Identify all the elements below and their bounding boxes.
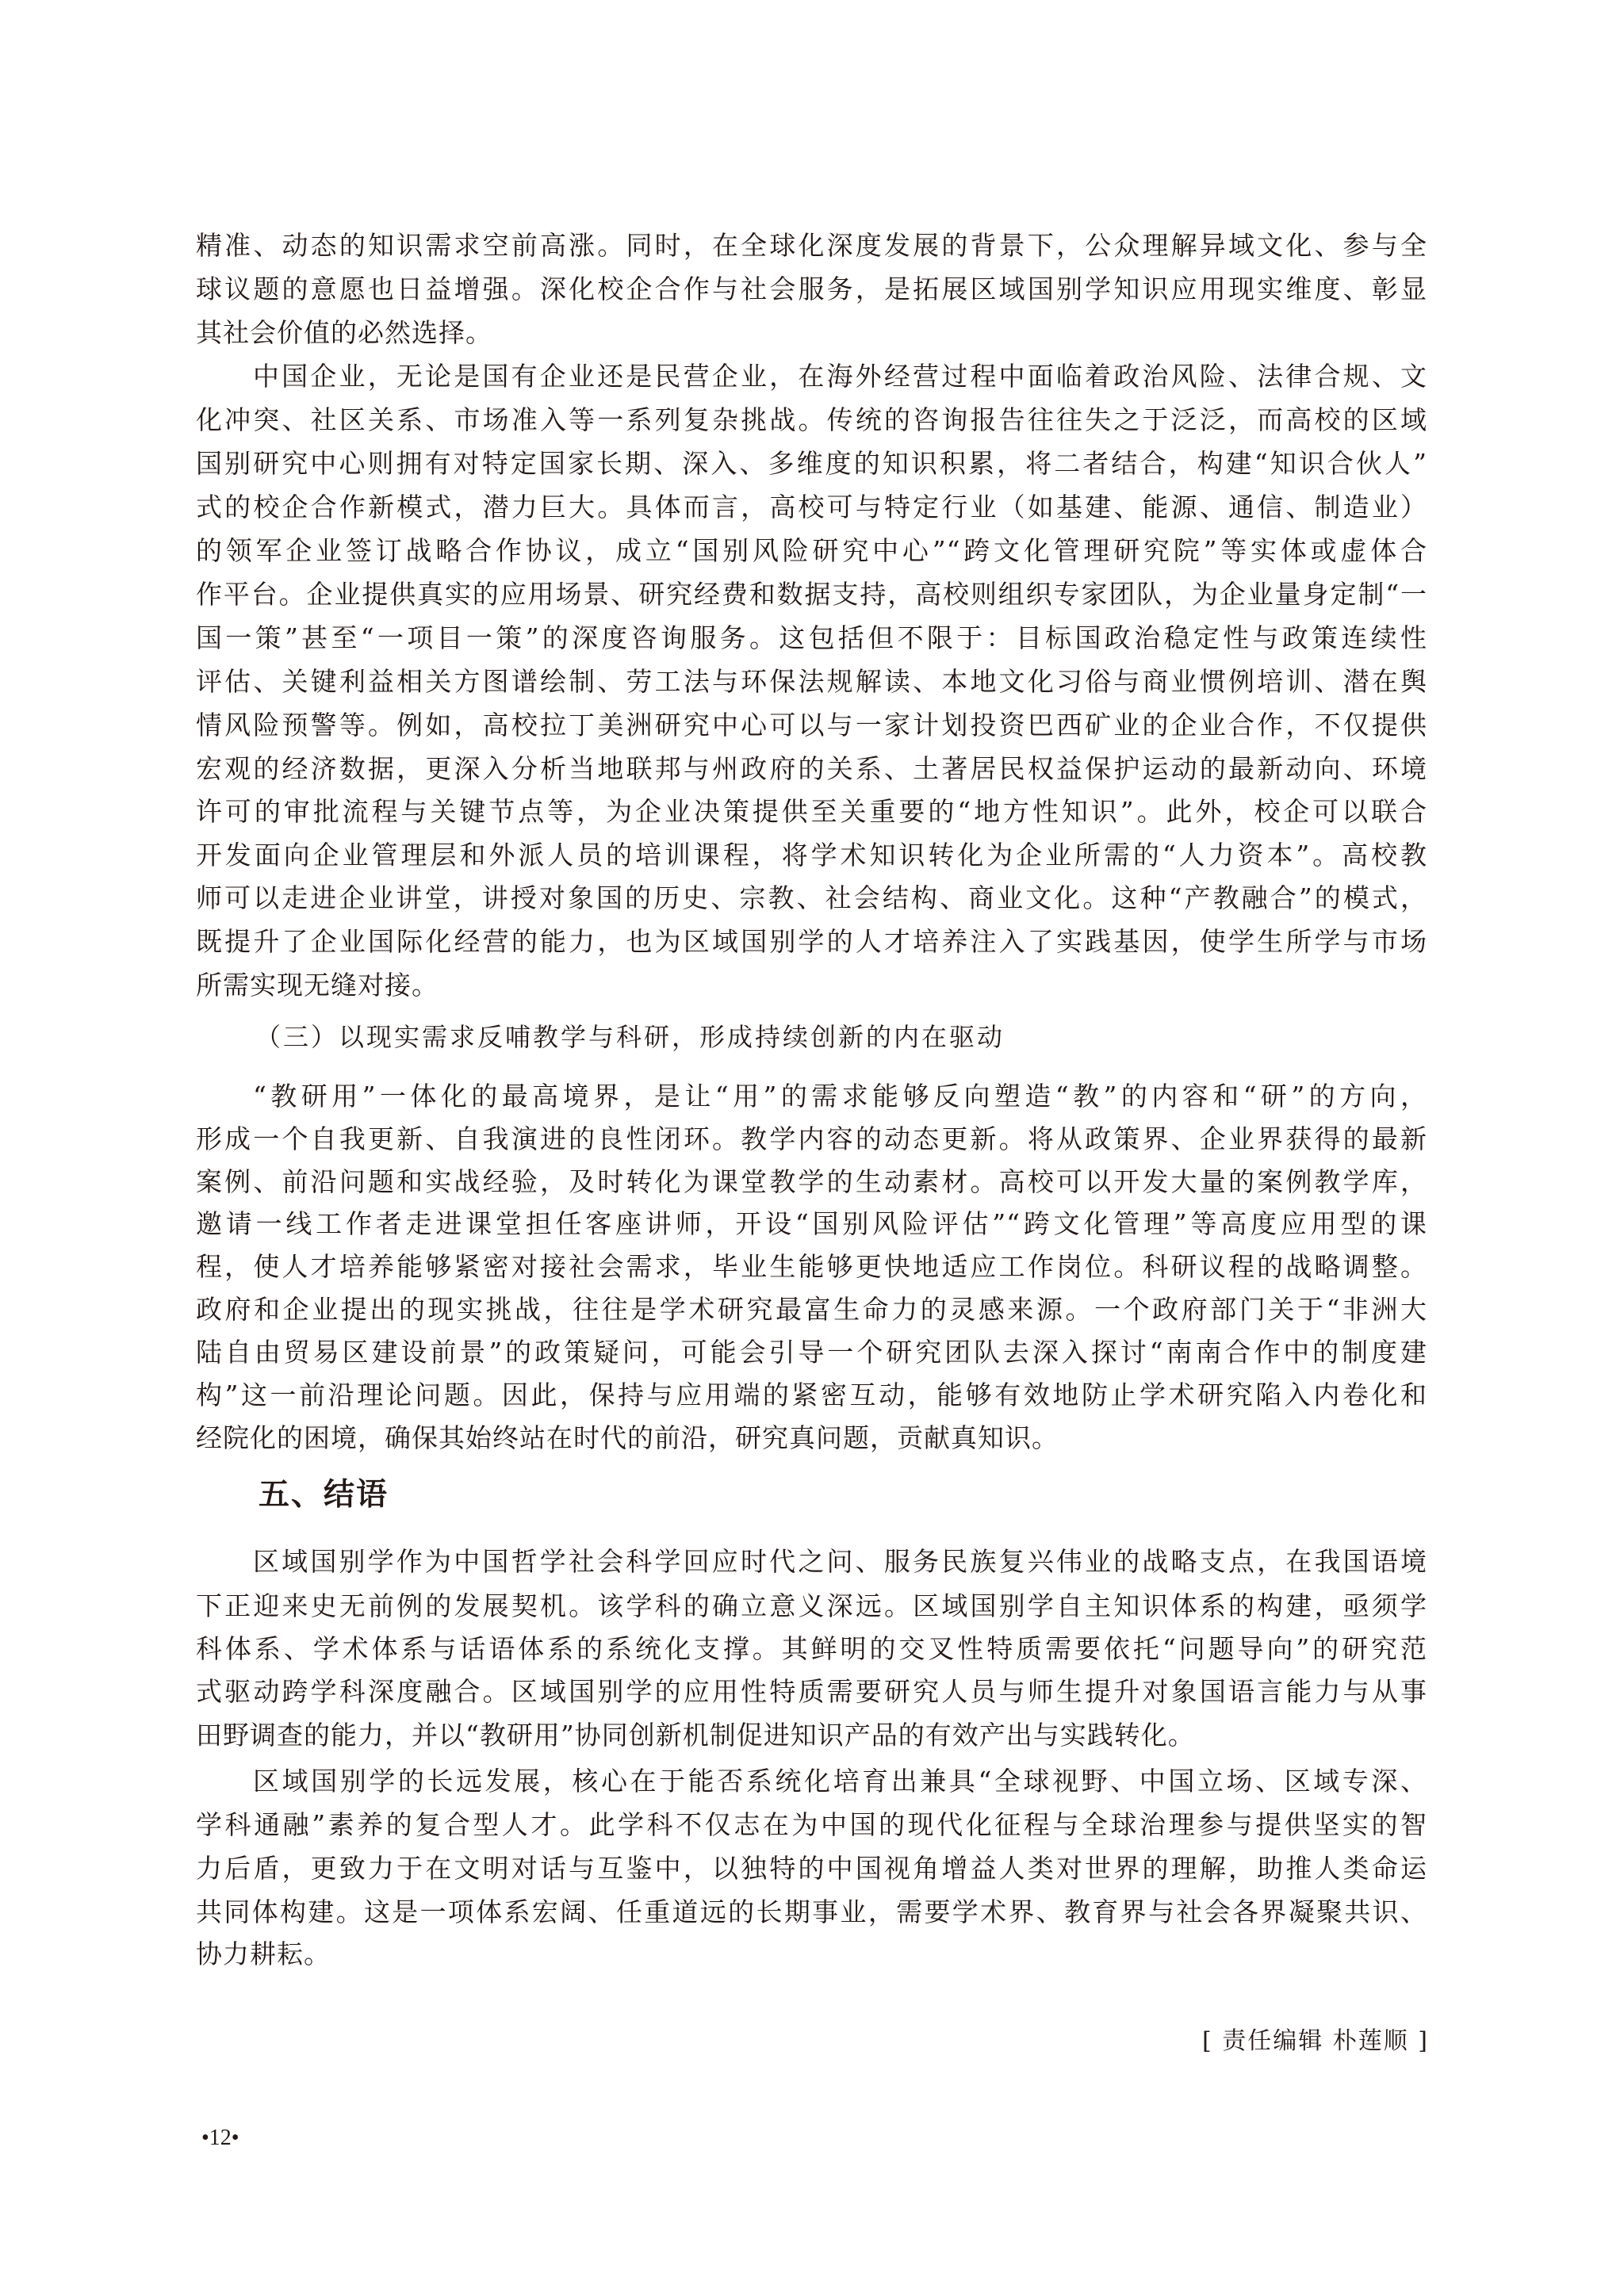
- text-line: 开发面向企业管理层和外派人员的培训课程，将学术知识转化为企业所需的“人力资本”。…: [196, 838, 1427, 873]
- text-line: 式驱动跨学科深度融合。区域国别学的应用性特质需要研究人员与师生提升对象国语言能力…: [196, 1674, 1427, 1709]
- text-line: 区域国别学的长远发展，核心在于能否系统化培育出兼具“全球视野、中国立场、区域专深…: [253, 1764, 1427, 1799]
- text-line: 精准、动态的知识需求空前高涨。同时，在全球化深度发展的背景下，公众理解异域文化、…: [196, 228, 1427, 263]
- text-line: 经院化的困境，确保其始终站在时代的前沿，研究真问题，贡献真知识。: [196, 1421, 1427, 1456]
- text-line: 政府和企业提出的现实挑战，往往是学术研究最富生命力的灵感来源。一个政府部门关于“…: [196, 1292, 1427, 1327]
- text-line: 其社会价值的必然选择。: [196, 316, 1427, 350]
- text-line: 邀请一线工作者走进课堂担任客座讲师，开设“国别风险评估”“跨文化管理”等高度应用…: [196, 1207, 1427, 1242]
- text-line: 宏观的经济数据，更深入分析当地联邦与州政府的关系、土著居民权益保护运动的最新动向…: [196, 752, 1427, 786]
- text-line: 学科通融”素养的复合型人才。此学科不仅志在为中国的现代化征程与全球治理参与提供坚…: [196, 1808, 1427, 1843]
- text-line: 国一策”甚至“一项目一策”的深度咨询服务。这包括但不限于：目标国政治稳定性与政策…: [196, 621, 1427, 656]
- text-line: 构”这一前沿理论问题。因此，保持与应用端的紧密互动，能够有效地防止学术研究陷入内…: [196, 1378, 1427, 1413]
- text-line: 共同体构建。这是一项体系宏阔、任重道远的长期事业，需要学术界、教育界与社会各界凝…: [196, 1895, 1427, 1930]
- text-line: 案例、前沿问题和实战经验，及时转化为课堂教学的生动素材。高校可以开发大量的案例教…: [196, 1165, 1427, 1200]
- text-line: 国别研究中心则拥有对特定国家长期、深入、多维度的知识积累，将二者结合，构建“知识…: [196, 446, 1427, 481]
- page-number: •12•: [201, 2124, 239, 2152]
- text-line: 力后盾，更致力于在文明对话与互鉴中，以独特的中国视角增益人类对世界的理解，助推人…: [196, 1851, 1427, 1886]
- text-line: “教研用”一体化的最高境界，是让“用”的需求能够反向塑造“教”的内容和“研”的方…: [253, 1079, 1427, 1114]
- text-line: 中国企业，无论是国有企业还是民营企业，在海外经营过程中面临着政治风险、法律合规、…: [253, 359, 1427, 394]
- text-line: 化冲突、社区关系、市场准入等一系列复杂挑战。传统的咨询报告往往失之于泛泛，而高校…: [196, 403, 1427, 438]
- text-line: 形成一个自我更新、自我演进的良性闭环。教学内容的动态更新。将从政策界、企业界获得…: [196, 1122, 1427, 1157]
- text-line: 情风险预警等。例如，高校拉丁美洲研究中心可以与一家计划投资巴西矿业的企业合作，不…: [196, 708, 1427, 743]
- subheading-3: （三）以现实需求反哺教学与科研，形成持续创新的内在驱动: [255, 1020, 1005, 1054]
- document-page: 精准、动态的知识需求空前高涨。同时，在全球化深度发展的背景下，公众理解异域文化、…: [0, 0, 1624, 2296]
- text-line: 既提升了企业国际化经营的能力，也为区域国别学的人才培养注入了实践基因，使学生所学…: [196, 924, 1427, 959]
- text-line: 协力耕耘。: [196, 1937, 1427, 1972]
- text-line: 的领军企业签订战略合作协议，成立“国别风险研究中心”“跨文化管理研究院”等实体或…: [196, 534, 1427, 568]
- text-line: 师可以走进企业讲堂，讲授对象国的历史、宗教、社会结构、商业文化。这种“产教融合”…: [196, 881, 1427, 916]
- text-line: 下正迎来史无前例的发展契机。该学科的确立意义深远。区域国别学自主知识体系的构建，…: [196, 1589, 1427, 1624]
- text-line: 球议题的意愿也日益增强。深化校企合作与社会服务，是拓展区域国别学知识应用现实维度…: [196, 272, 1427, 307]
- text-line: 评估、关键利益相关方图谱绘制、劳工法与环保法规解读、本地文化习俗与商业惯例培训、…: [196, 664, 1427, 699]
- text-line: 许可的审批流程与关键节点等，为企业决策提供至关重要的“地方性知识”。此外，校企可…: [196, 794, 1427, 829]
- text-line: 陆自由贸易区建设前景”的政策疑问，可能会引导一个研究团队去深入探讨“南南合作中的…: [196, 1335, 1427, 1370]
- text-line: 田野调查的能力，并以“教研用”协同创新机制促进知识产品的有效产出与实践转化。: [196, 1718, 1427, 1753]
- section-heading-conclusion: 五、结语: [259, 1475, 389, 1515]
- text-line: 式的校企合作新模式，潜力巨大。具体而言，高校可与特定行业（如基建、能源、通信、制…: [196, 490, 1427, 525]
- text-line: 所需实现无缝对接。: [196, 968, 1427, 1003]
- text-line: 作平台。企业提供真实的应用场景、研究经费和数据支持，高校则组织专家团队，为企业量…: [196, 577, 1427, 612]
- editor-credit: [ 责任编辑 朴莲顺 ]: [1202, 2026, 1429, 2057]
- text-line: 区域国别学作为中国哲学社会科学回应时代之问、服务民族复兴伟业的战略支点，在我国语…: [253, 1544, 1427, 1579]
- text-line: 程，使人才培养能够紧密对接社会需求，毕业生能够更快地适应工作岗位。科研议程的战略…: [196, 1249, 1427, 1284]
- text-line: 科体系、学术体系与话语体系的系统化支撑。其鲜明的交叉性特质需要依托“问题导向”的…: [196, 1632, 1427, 1667]
